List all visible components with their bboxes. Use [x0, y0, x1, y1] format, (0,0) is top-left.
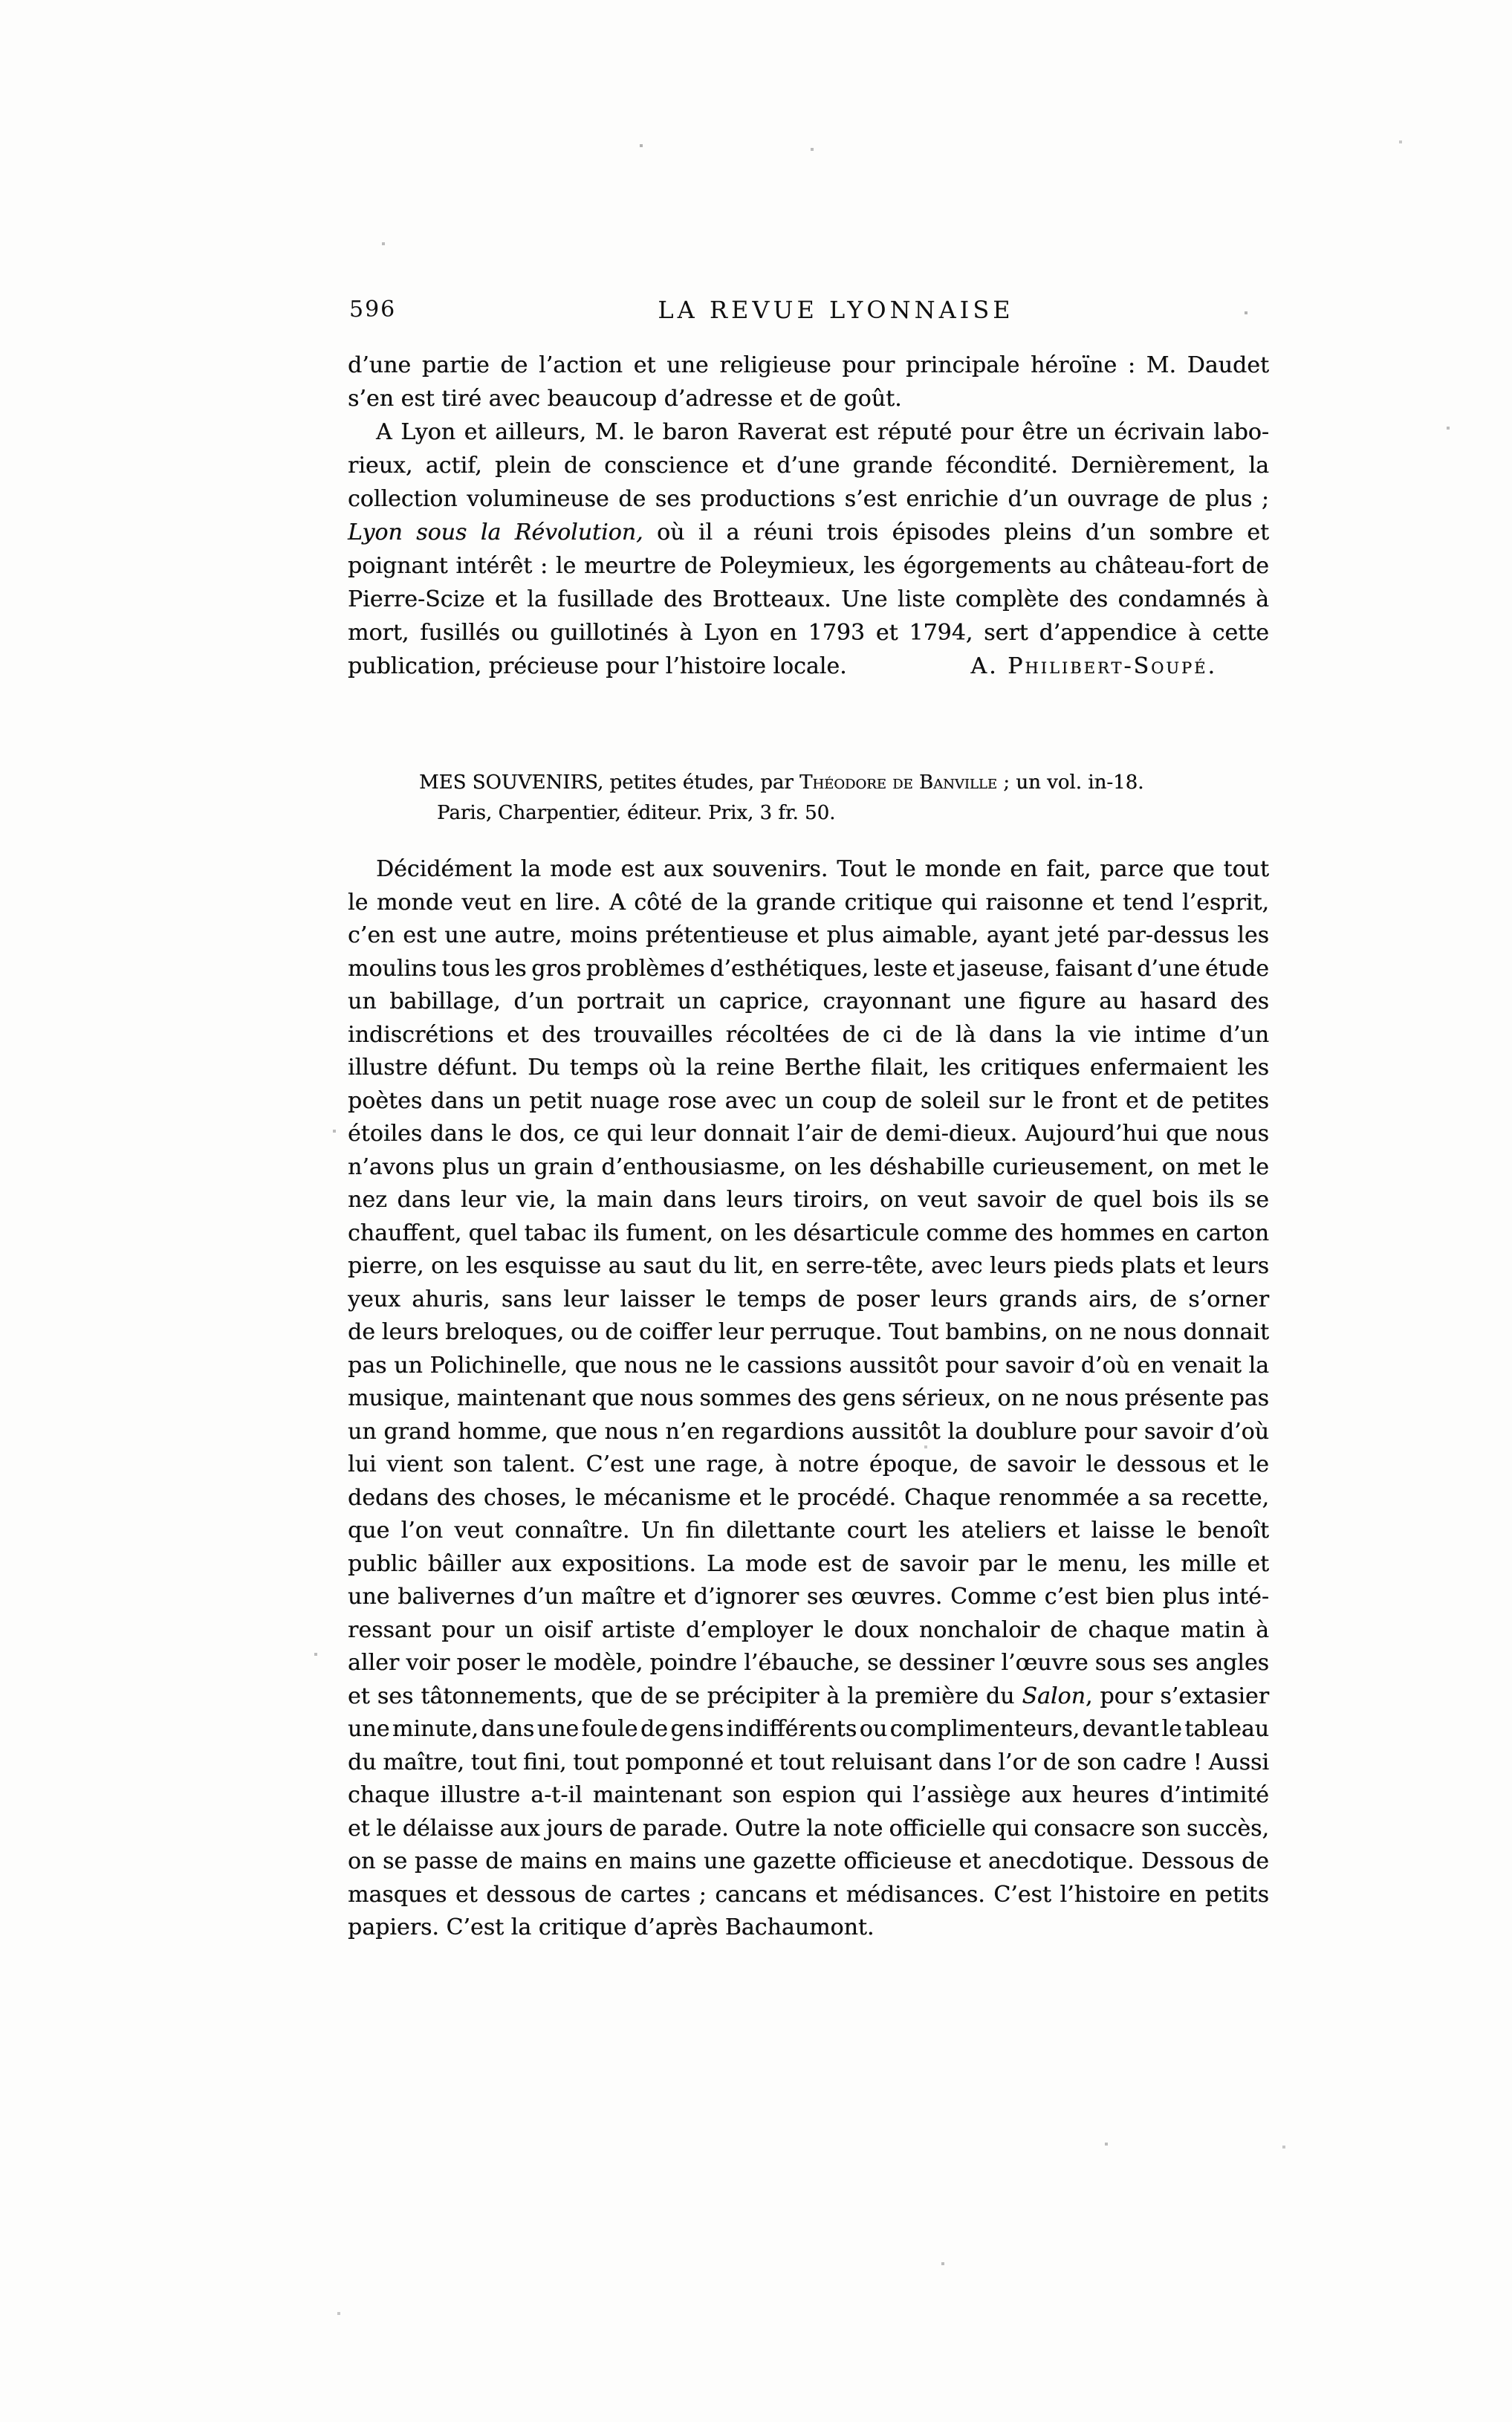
text-line-content: papiers. C’est la critique d’après Bacha… — [348, 1914, 874, 1940]
text-line: moulins tous les gros problèmes d’esthét… — [348, 953, 1269, 986]
text-line: on se passe de mains en mains une gazett… — [348, 1845, 1269, 1879]
text-line: que l’on veut connaître. Un fin dilettan… — [348, 1515, 1269, 1548]
text-line: aller voir poser le modèle, poindre l’éb… — [348, 1647, 1269, 1680]
text-line: et ses tâtonnements, que de se précipite… — [348, 1680, 1269, 1714]
text-line: masques et dessous de cartes ; cancans e… — [348, 1879, 1269, 1912]
text-line: Lyon sous la Révolution, où il a réuni t… — [348, 516, 1269, 549]
text-line-content: et ses tâtonnements, que de se précipite… — [348, 1683, 1269, 1709]
text-line: musique, maintenant que nous sommes des … — [348, 1382, 1269, 1416]
text-line: dedans des choses, le mécanisme et le pr… — [348, 1482, 1269, 1515]
text-line-content: moulins tous les gros problèmes d’esthét… — [348, 956, 1269, 982]
text-line: poètes dans un petit nuage rose avec un … — [348, 1085, 1269, 1118]
text-line-content: de leurs breloques, ou de coiffer leur p… — [348, 1319, 1269, 1345]
text-line: pas un Polichinelle, que nous ne le cass… — [348, 1350, 1269, 1383]
text-line: ressant pour un oisif artiste d’employer… — [348, 1614, 1269, 1648]
scan-speckles — [0, 0, 1, 1]
closing-line: publication, précieuse pour l’histoire l… — [348, 650, 1269, 683]
text-segment: et ses tâtonnements, que de se précipite… — [348, 1683, 1022, 1709]
text-line-content: d’une partie de l’action et une religieu… — [348, 352, 1269, 378]
text-line-content: c’en est une autre, moins prétentieuse e… — [348, 922, 1269, 948]
text-line: pierre, on les esquisse au saut du lit, … — [348, 1250, 1269, 1283]
text-line: Décidément la mode est aux souvenirs. To… — [348, 853, 1269, 887]
text-line-content: un babillage, d’un portrait un caprice, … — [348, 988, 1269, 1014]
text-line-content: étoiles dans le dos, ce qui leur donnait… — [348, 1121, 1269, 1147]
text-line-content: ressant pour un oisif artiste d’employer… — [348, 1617, 1269, 1643]
text-line-content: rieux, actif, plein de conscience et d’u… — [348, 453, 1269, 479]
text-line-content: le monde veut en lire. A côté de la gran… — [348, 890, 1269, 916]
text-line: yeux ahuris, sans leur laisser le temps … — [348, 1283, 1269, 1317]
scanned-page: 596 LA REVUE LYONNAISE d’une partie de l… — [0, 0, 1512, 2422]
text-line-content: et le délaisse aux jours de parade. Outr… — [348, 1816, 1269, 1842]
text-line: et le délaisse aux jours de parade. Outr… — [348, 1813, 1269, 1846]
text-line-content: n’avons plus un grain d’enthousiasme, on… — [348, 1154, 1269, 1180]
text-line-content: illustre défunt. Du temps où la reine Be… — [348, 1055, 1269, 1081]
book-heading: MES SOUVENIRS, petites études, par Théod… — [348, 768, 1269, 829]
text-line-content: s’en est tiré avec beaucoup d’adresse et… — [348, 386, 902, 412]
text-line-content: Pierre-Scize et la fusillade des Brottea… — [348, 586, 1269, 612]
text-line-content: poètes dans un petit nuage rose avec un … — [348, 1088, 1269, 1114]
section2-paragraph: Décidément la mode est aux souvenirs. To… — [348, 853, 1269, 1945]
text-segment: ; un vol. in-18. — [997, 771, 1143, 794]
text-line-content: mort, fusillés ou guillotinés à Lyon en … — [348, 620, 1269, 646]
text-line-content: chaque illustre a-t-il maintenant son es… — [348, 1782, 1269, 1808]
text-line: un babillage, d’un portrait un caprice, … — [348, 985, 1269, 1019]
text-line-content: que l’on veut connaître. Un fin dilettan… — [348, 1518, 1269, 1544]
text-line: mort, fusillés ou guillotinés à Lyon en … — [348, 616, 1269, 650]
text-line-content: musique, maintenant que nous sommes des … — [348, 1385, 1269, 1411]
text-line: s’en est tiré avec beaucoup d’adresse et… — [348, 382, 1269, 415]
closing-text: publication, précieuse pour l’histoire l… — [348, 650, 847, 683]
text-segment: MES SOUVENIRS, petites études, par — [419, 771, 799, 794]
text-line-content: un grand homme, que nous n’en regardions… — [348, 1419, 1269, 1445]
text-segment: où il a réuni trois épisodes pleins d’un… — [643, 519, 1269, 545]
text-line: nez dans leur vie, la main dans leurs ti… — [348, 1184, 1269, 1217]
text-line-content: Lyon sous la Révolution, où il a réuni t… — [348, 519, 1269, 545]
text-line: chauffent, quel tabac ils fument, on les… — [348, 1217, 1269, 1251]
text-line: public bâiller aux expositions. La mode … — [348, 1548, 1269, 1581]
text-line-content: pierre, on les esquisse au saut du lit, … — [348, 1253, 1269, 1279]
text-line: illustre défunt. Du temps où la reine Be… — [348, 1052, 1269, 1085]
author-signature: A. Philibert-Soupé. — [970, 650, 1217, 683]
text-segment: , pour s’extasier — [1086, 1683, 1269, 1709]
small-caps-name: Théodore de Banville — [799, 771, 997, 794]
section1-paragraphs: d’une partie de l’action et une religieu… — [348, 349, 1269, 650]
text-line: n’avons plus un grain d’enthousiasme, on… — [348, 1151, 1269, 1185]
text-line-content: A Lyon et ailleurs, M. le baron Raverat … — [376, 419, 1269, 445]
text-line-content: yeux ahuris, sans leur laisser le temps … — [348, 1286, 1269, 1312]
text-line-content: nez dans leur vie, la main dans leurs ti… — [348, 1187, 1269, 1213]
text-line-content: chauffent, quel tabac ils fument, on les… — [348, 1220, 1269, 1246]
text-line-content: du maître, tout fini, tout pomponné et t… — [348, 1749, 1269, 1775]
text-line: collection volumineuse de ses production… — [348, 482, 1269, 516]
text-line-content: dedans des choses, le mécanisme et le pr… — [348, 1485, 1269, 1511]
text-line-content: masques et dessous de cartes ; cancans e… — [348, 1882, 1269, 1908]
text-line: poignant intérêt : le meurtre de Poleymi… — [348, 549, 1269, 583]
page-header: 596 LA REVUE LYONNAISE — [348, 293, 1269, 327]
text-line: Pierre-Scize et la fusillade des Brottea… — [348, 583, 1269, 616]
italic-title: Salon — [1022, 1683, 1085, 1709]
journal-title: LA REVUE LYONNAISE — [658, 293, 1013, 327]
text-line-content: une balivernes d’un maître et d’ignorer … — [348, 1584, 1269, 1610]
page-number: 596 — [349, 293, 396, 327]
text-line: du maître, tout fini, tout pomponné et t… — [348, 1746, 1269, 1780]
text-line-content: aller voir poser le modèle, poindre l’éb… — [348, 1650, 1269, 1676]
text-line-content: indiscrétions et des trouvailles récolté… — [348, 1022, 1269, 1048]
text-line: étoiles dans le dos, ce qui leur donnait… — [348, 1118, 1269, 1151]
italic-title: Lyon sous la Révolution, — [348, 519, 643, 545]
text-line-content: une minute, dans une foule de gens indif… — [348, 1716, 1269, 1742]
book-heading-line2: Paris, Charpentier, éditeur. Prix, 3 fr.… — [437, 798, 1269, 829]
text-line-content: on se passe de mains en mains une gazett… — [348, 1848, 1269, 1874]
text-line-content: lui vient son talent. C’est une rage, à … — [348, 1451, 1269, 1477]
text-line: le monde veut en lire. A côté de la gran… — [348, 887, 1269, 920]
text-line-content: Décidément la mode est aux souvenirs. To… — [376, 856, 1269, 882]
text-line: une minute, dans une foule de gens indif… — [348, 1713, 1269, 1746]
section-review-banville: Décidément la mode est aux souvenirs. To… — [348, 853, 1269, 1945]
text-line-content: public bâiller aux expositions. La mode … — [348, 1551, 1269, 1577]
text-line: une balivernes d’un maître et d’ignorer … — [348, 1581, 1269, 1614]
text-line: A Lyon et ailleurs, M. le baron Raverat … — [348, 415, 1269, 449]
text-line: rieux, actif, plein de conscience et d’u… — [348, 449, 1269, 482]
book-heading-line1: MES SOUVENIRS, petites études, par Théod… — [419, 768, 1269, 798]
text-line: indiscrétions et des trouvailles récolté… — [348, 1019, 1269, 1052]
text-line: chaque illustre a-t-il maintenant son es… — [348, 1779, 1269, 1813]
text-line: d’une partie de l’action et une religieu… — [348, 349, 1269, 382]
text-line: lui vient son talent. C’est une rage, à … — [348, 1448, 1269, 1482]
text-line: papiers. C’est la critique d’après Bacha… — [348, 1911, 1269, 1945]
text-line: c’en est une autre, moins prétentieuse e… — [348, 919, 1269, 953]
text-line-content: poignant intérêt : le meurtre de Poleymi… — [348, 553, 1269, 579]
text-line: de leurs breloques, ou de coiffer leur p… — [348, 1316, 1269, 1350]
text-line-content: pas un Polichinelle, que nous ne le cass… — [348, 1353, 1269, 1379]
section-review-raverat: d’une partie de l’action et une religieu… — [348, 349, 1269, 683]
text-line-content: collection volumineuse de ses production… — [348, 486, 1269, 512]
text-line: un grand homme, que nous n’en regardions… — [348, 1416, 1269, 1449]
